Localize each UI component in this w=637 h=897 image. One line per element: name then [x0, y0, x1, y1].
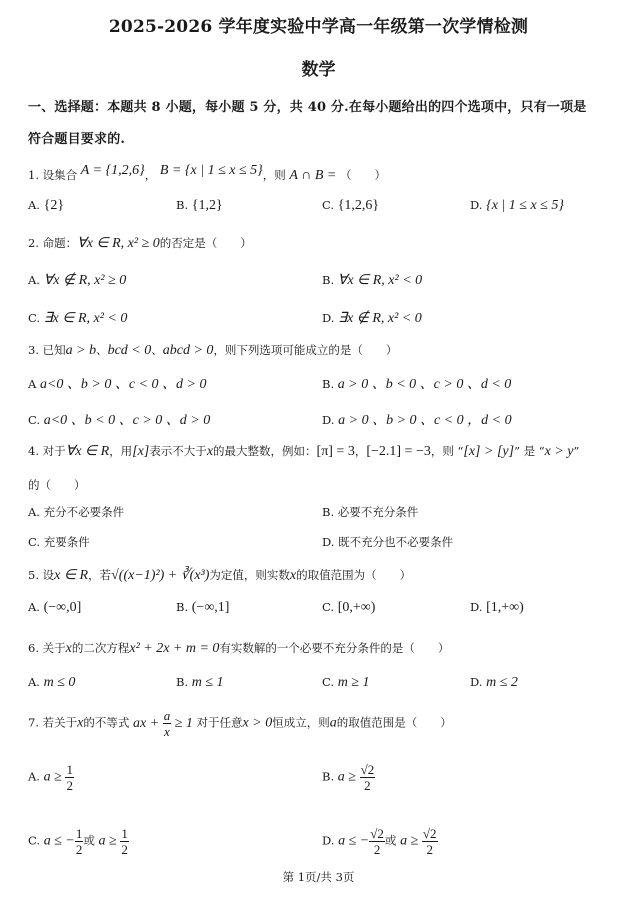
- option-label: D.: [470, 600, 482, 614]
- q7-option-b[interactable]: B. a ≥ √22: [322, 762, 375, 793]
- q4-option-d[interactable]: D. 既不充分也不必要条件: [322, 534, 453, 550]
- option-text: {1,2,6}: [338, 198, 379, 213]
- option-label: B.: [322, 505, 334, 519]
- q5-option-a[interactable]: A. (−∞,0]: [28, 600, 81, 616]
- denominator: 2: [65, 778, 74, 793]
- denominator: 2: [422, 842, 438, 857]
- option-label: A.: [28, 770, 40, 784]
- q1-option-a[interactable]: A. {2}: [28, 198, 64, 214]
- set-a: A = {1,2,6}: [81, 163, 145, 178]
- stem-text: 表示不大于: [149, 444, 207, 458]
- stem-text: 命题：: [43, 236, 78, 250]
- option-text: a > 0 、b < 0 、c > 0 、d < 0: [338, 377, 512, 392]
- q6-option-a[interactable]: A. m ≤ 0: [28, 675, 75, 691]
- stem-text: 恒成立，则: [272, 716, 330, 730]
- q2-option-c[interactable]: C. ∃x ∈ R, x² < 0: [28, 310, 127, 327]
- option-label: A.: [28, 273, 40, 287]
- numerator: √2: [360, 762, 376, 778]
- option-label: C.: [28, 535, 40, 549]
- intersection-expr: A ∩ B =: [289, 168, 336, 183]
- q7-option-c[interactable]: C. a ≤ −12或 a ≥ 12: [28, 826, 129, 857]
- fraction-half: 12: [120, 826, 129, 857]
- numerator: √2: [369, 826, 385, 842]
- option-text: a<0 、b > 0 、c < 0 、d > 0: [40, 377, 207, 392]
- stem-text: ，则: [263, 168, 286, 182]
- q1-option-c[interactable]: C. {1,2,6}: [322, 198, 379, 214]
- option-text: a ≥: [44, 770, 62, 785]
- subject-title: 数学: [0, 55, 637, 80]
- fraction-sqrt2-half: √22: [422, 826, 438, 857]
- section-instructions-line2: 符合题目要求的.: [28, 128, 125, 147]
- option-label: A.: [28, 675, 40, 689]
- q6-option-d[interactable]: D. m ≤ 2: [470, 675, 518, 691]
- option-text: 既不充分也不必要条件: [338, 535, 453, 549]
- stem-text: 、: [151, 343, 163, 357]
- fraction: ax: [163, 708, 172, 739]
- floor-compare-expr: [x] > [y]: [463, 444, 514, 459]
- stem-text: 设集合: [43, 168, 78, 182]
- option-label: B.: [176, 198, 188, 212]
- page-footer: 第 1页/共 3页: [0, 869, 637, 885]
- question-number: 3.: [28, 343, 39, 357]
- denominator: 2: [120, 842, 129, 857]
- q3-option-a[interactable]: A a<0 、b > 0 、c < 0 、d > 0: [28, 373, 206, 393]
- question-number: 4.: [28, 444, 39, 458]
- q5-option-c[interactable]: C. [0,+∞): [322, 600, 375, 616]
- option-label: C.: [28, 413, 40, 427]
- answer-blank: （ ）: [340, 168, 386, 182]
- option-label: A.: [28, 600, 40, 614]
- q5-option-b[interactable]: B. (−∞,1]: [176, 600, 229, 616]
- option-label: B.: [322, 377, 334, 391]
- option-label: A.: [28, 505, 40, 519]
- question-3-stem: 3. 已知a > b、bcd < 0、abcd > 0，则下列选项可能成立的是（…: [28, 342, 397, 359]
- var-a: a: [330, 716, 337, 731]
- option-text: {1,2}: [192, 198, 223, 213]
- radical-expr: √((x−1)²) + ∛(x³): [111, 568, 209, 583]
- section-instructions-line1: 一、选择题：本题共 8 小题，每小题 5 分，共 40 分.在每小题给出的四个选…: [28, 96, 586, 115]
- option-text: ∀x ∉ R, x² ≥ 0: [44, 273, 127, 288]
- numerator: 1: [120, 826, 129, 842]
- stem-text: 的二次方程: [72, 641, 130, 655]
- q3-option-c[interactable]: C. a<0 、b < 0 、c > 0 、d > 0: [28, 409, 210, 429]
- condition-expr: x > 0: [243, 716, 273, 731]
- question-number: 5.: [28, 568, 39, 582]
- option-label: D.: [322, 834, 334, 848]
- question-4-stem: 4. 对于∀x ∈ R，用[x]表示不大于x的最大整数，例如：[π] = 3，[…: [28, 443, 579, 460]
- numerator: √2: [422, 826, 438, 842]
- fraction-sqrt2-half: √22: [369, 826, 385, 857]
- q2-option-a[interactable]: A. ∀x ∉ R, x² ≥ 0: [28, 272, 126, 289]
- option-text: 充分不必要条件: [44, 505, 125, 519]
- option-text: a ≥: [400, 834, 418, 849]
- option-label: D.: [470, 198, 482, 212]
- or-text: 或: [385, 834, 397, 848]
- stem-text: ” 是 “: [514, 444, 545, 458]
- floor-expr: [x]: [132, 444, 149, 459]
- inequality-expr: ax + ax ≥ 1: [133, 716, 193, 731]
- option-label: C.: [322, 600, 334, 614]
- option-label: D.: [322, 535, 334, 549]
- option-text: [1,+∞): [486, 600, 524, 615]
- question-1-stem: 1. 设集合 A = {1,2,6}， B = {x | 1 ≤ x ≤ 5}，…: [28, 163, 386, 184]
- stem-text: 的否定是（ ）: [160, 236, 252, 250]
- option-label: B.: [322, 273, 334, 287]
- q7-option-d[interactable]: D. a ≤ −√22或 a ≥ √22: [322, 826, 438, 857]
- or-text: 或: [83, 834, 95, 848]
- option-text: 充要条件: [44, 535, 90, 549]
- numerator: 1: [65, 762, 74, 778]
- question-5-stem: 5. 设x ∈ R，若√((x−1)²) + ∛(x³)为定值，则实数x的取值范…: [28, 567, 411, 584]
- stem-text: 关于: [43, 641, 66, 655]
- equation-expr: x² + 2x + m = 0: [129, 641, 219, 656]
- q1-option-d[interactable]: D. {x | 1 ≤ x ≤ 5}: [470, 198, 564, 214]
- question-7-stem: 7. 若关于x的不等式 ax + ax ≥ 1 对于任意x > 0恒成立，则a的…: [28, 708, 452, 739]
- q6-option-c[interactable]: C. m ≥ 1: [322, 675, 370, 691]
- option-text: ∀x ∈ R, x² < 0: [338, 273, 422, 288]
- question-number: 6.: [28, 641, 39, 655]
- quantifier-expr: ∀x ∈ R: [66, 444, 110, 459]
- option-text: ∃x ∈ R, x² < 0: [44, 311, 128, 326]
- q4-option-c[interactable]: C. 充要条件: [28, 534, 90, 550]
- option-text: a ≥: [338, 770, 356, 785]
- denominator: x: [163, 724, 172, 739]
- stem-text: ，则 “: [431, 444, 464, 458]
- fraction-half: 12: [65, 762, 74, 793]
- stem-text: 对于: [43, 444, 66, 458]
- proposition-expr: ∀x ∈ R, x² ≥ 0: [77, 236, 160, 251]
- exam-title: 2025-2026 学年度实验中学高一年级第一次学情检测: [0, 12, 637, 37]
- q5-option-d[interactable]: D. [1,+∞): [470, 600, 524, 616]
- q3-option-d[interactable]: D. a > 0 、b > 0 、c < 0 ，d < 0: [322, 409, 512, 429]
- option-label: D.: [322, 311, 334, 325]
- option-text: a ≤ −: [44, 834, 75, 849]
- option-text: ∃x ∉ R, x² < 0: [338, 311, 422, 326]
- example-expr: [π] = 3: [317, 444, 355, 459]
- option-text: a > 0 、b > 0 、c < 0 ，d < 0: [338, 413, 512, 428]
- option-text: {x | 1 ≤ x ≤ 5}: [486, 198, 564, 213]
- stem-text: 对于任意: [197, 716, 243, 730]
- question-6-stem: 6. 关于x的二次方程x² + 2x + m = 0有实数解的一个必要不充分条件…: [28, 640, 449, 657]
- stem-text: ，若: [88, 568, 111, 582]
- option-text: a ≤ −: [338, 834, 369, 849]
- q7-option-a[interactable]: A. a ≥ 12: [28, 762, 74, 793]
- denominator: 2: [369, 842, 385, 857]
- stem-text: 为定值，则实数: [209, 568, 290, 582]
- option-label: A.: [28, 198, 40, 212]
- option-label: B.: [176, 675, 188, 689]
- stem-text: 有实数解的一个必要不充分条件的是（ ）: [219, 641, 449, 655]
- option-label: C.: [322, 675, 334, 689]
- q2-option-d[interactable]: D. ∃x ∉ R, x² < 0: [322, 310, 422, 327]
- denominator: 2: [360, 778, 376, 793]
- option-label: B.: [322, 770, 334, 784]
- option-label: C.: [28, 834, 40, 848]
- option-text: a ≥: [99, 834, 117, 849]
- option-text: a<0 、b < 0 、c > 0 、d > 0: [44, 413, 211, 428]
- question-2-stem: 2. 命题：∀x ∈ R, x² ≥ 0的否定是（ ）: [28, 235, 252, 252]
- option-text: 必要不充分条件: [338, 505, 419, 519]
- option-text: {2}: [44, 198, 64, 213]
- option-text: (−∞,0]: [44, 600, 82, 615]
- q4-option-a[interactable]: A. 充分不必要条件: [28, 504, 124, 520]
- condition-expr: a > b: [66, 343, 96, 358]
- stem-text: ，用: [109, 444, 132, 458]
- q2-option-b[interactable]: B. ∀x ∈ R, x² < 0: [322, 272, 422, 289]
- condition-expr: bcd < 0: [108, 343, 152, 358]
- option-label: C.: [28, 311, 40, 325]
- option-label: C.: [322, 198, 334, 212]
- stem-text: 的最大整数，例如：: [213, 444, 317, 458]
- example-expr: [−2.1] = −3: [366, 444, 431, 459]
- stem-text: 的取值范围为（ ）: [296, 568, 411, 582]
- question-number: 2.: [28, 236, 39, 250]
- stem-text: 的不等式: [83, 716, 129, 730]
- option-label: D.: [470, 675, 482, 689]
- option-text: (−∞,1]: [192, 600, 230, 615]
- numerator: a: [163, 708, 172, 724]
- stem-text: 设: [43, 568, 55, 582]
- set-b: B = {x | 1 ≤ x ≤ 5}: [160, 163, 263, 178]
- option-text: m ≤ 2: [486, 675, 518, 690]
- q4-option-b[interactable]: B. 必要不充分条件: [322, 504, 418, 520]
- q6-option-b[interactable]: B. m ≤ 1: [176, 675, 224, 691]
- stem-text: ，则下列选项可能成立的是（ ）: [213, 343, 397, 357]
- stem-text: 的取值范围是（ ）: [337, 716, 452, 730]
- compare-expr: x > y: [545, 444, 574, 459]
- option-label: D.: [322, 413, 334, 427]
- option-text: m ≥ 1: [338, 675, 370, 690]
- option-label: B.: [176, 600, 188, 614]
- stem-text: ”: [574, 444, 580, 458]
- q3-option-b[interactable]: B. a > 0 、b < 0 、c > 0 、d < 0: [322, 373, 511, 393]
- option-text: m ≤ 0: [44, 675, 76, 690]
- domain-expr: x ∈ R: [54, 568, 88, 583]
- option-text: [0,+∞): [338, 600, 376, 615]
- condition-expr: abcd > 0: [163, 343, 214, 358]
- stem-text: 已知: [43, 343, 66, 357]
- question-4-stem-line2: 的（ ）: [28, 477, 86, 493]
- fraction-sqrt2-half: √22: [360, 762, 376, 793]
- stem-text: 、: [96, 343, 108, 357]
- stem-text: ，: [145, 168, 157, 182]
- option-label: A: [28, 377, 36, 391]
- q1-option-b[interactable]: B. {1,2}: [176, 198, 223, 214]
- option-text: m ≤ 1: [192, 675, 224, 690]
- question-number: 1.: [28, 168, 39, 182]
- stem-text: ，: [355, 444, 367, 458]
- stem-text: 若关于: [43, 716, 78, 730]
- question-number: 7.: [28, 716, 39, 730]
